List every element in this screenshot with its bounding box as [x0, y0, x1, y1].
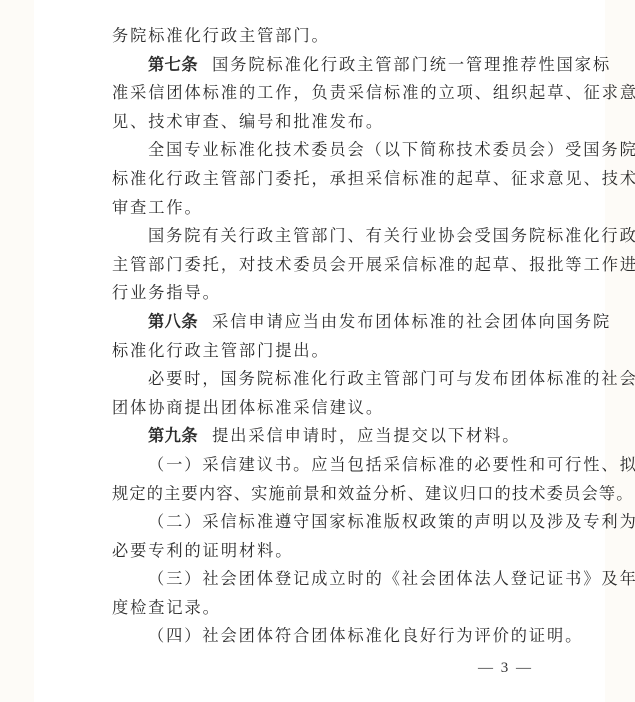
article-heading: 第七条	[148, 55, 198, 74]
article-8-line: 第八条采信申请应当由发布团体标准的社会团体向国务院	[112, 308, 552, 337]
text-line: 必要时，国务院标准化行政主管部门可与发布团体标准的社会	[112, 365, 552, 394]
text-line: 国务院有关行政主管部门、有关行业协会受国务院标准化行政	[112, 222, 552, 251]
list-item-4: （四）社会团体符合团体标准化良好行为评价的证明。	[112, 622, 552, 651]
text-line: 全国专业标准化技术委员会（以下简称技术委员会）受国务院	[112, 136, 552, 165]
text-line: 见、技术审查、编号和批准发布。	[112, 108, 552, 137]
article-heading: 第九条	[148, 426, 198, 445]
page-edge-left	[0, 0, 34, 702]
text-line: 标准化行政主管部门委托，承担采信标准的起草、征求意见、技术	[112, 165, 552, 194]
article-9-line: 第九条提出采信申请时，应当提交以下材料。	[112, 422, 552, 451]
text-span: 国务院标准化行政主管部门统一管理推荐性国家标	[212, 55, 611, 74]
list-item-3: （三）社会团体登记成立时的《社会团体法人登记证书》及年	[112, 565, 552, 594]
text-span: 采信申请应当由发布团体标准的社会团体向国务院	[212, 312, 611, 331]
text-line: 行业务指导。	[112, 279, 552, 308]
text-line: 度检查记录。	[112, 594, 552, 623]
text-line: 规定的主要内容、实施前景和效益分析、建议归口的技术委员会等。	[112, 480, 552, 509]
text-line: 审查工作。	[112, 194, 552, 223]
article-7-line: 第七条国务院标准化行政主管部门统一管理推荐性国家标	[112, 51, 552, 80]
text-line: 团体协商提出团体标准采信建议。	[112, 394, 552, 423]
page-edge-right	[605, 0, 635, 702]
text-line: 标准化行政主管部门提出。	[112, 337, 552, 366]
document-body: 务院标准化行政主管部门。 第七条国务院标准化行政主管部门统一管理推荐性国家标 准…	[112, 22, 552, 651]
text-line: 务院标准化行政主管部门。	[112, 22, 552, 51]
page-number: — 3 —	[478, 660, 533, 677]
text-span: 提出采信申请时，应当提交以下材料。	[212, 426, 520, 445]
text-line: 必要专利的证明材料。	[112, 537, 552, 566]
article-heading: 第八条	[148, 312, 198, 331]
text-line: 主管部门委托，对技术委员会开展采信标准的起草、报批等工作进	[112, 251, 552, 280]
list-item-2: （二）采信标准遵守国家标准版权政策的声明以及涉及专利为	[112, 508, 552, 537]
list-item-1: （一）采信建议书。应当包括采信标准的必要性和可行性、拟	[112, 451, 552, 480]
text-line: 准采信团体标准的工作，负责采信标准的立项、组织起草、征求意	[112, 79, 552, 108]
